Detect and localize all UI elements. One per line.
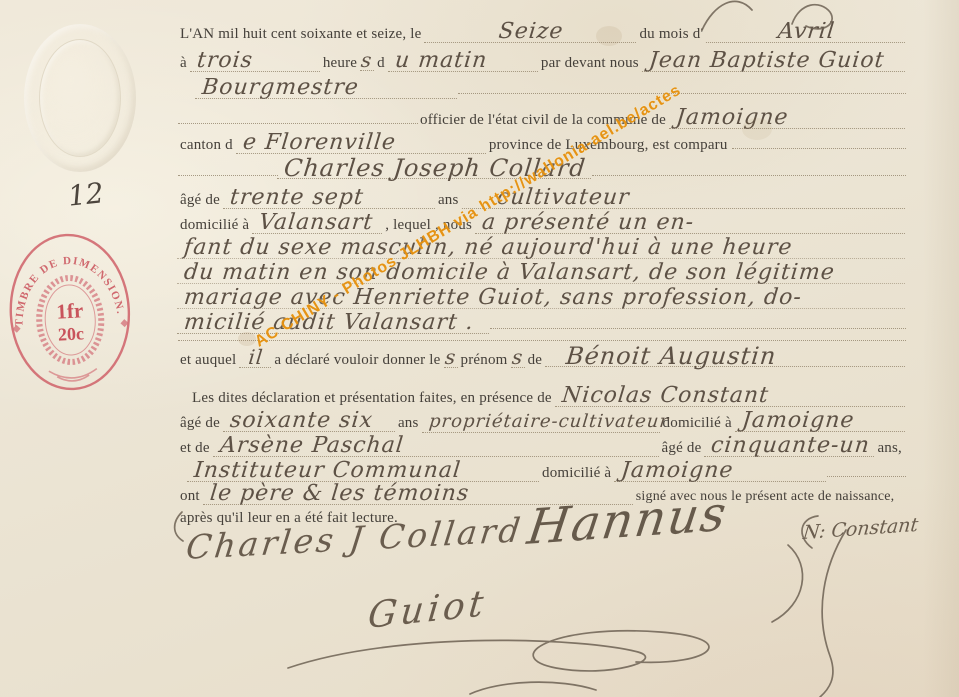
form-line: du matin en son domicile à Valansart, de… (178, 263, 906, 285)
form-line: fant du sexe masculin, né aujourd'hui à … (178, 238, 906, 260)
handwritten-witness1-age: soixante six (223, 411, 397, 432)
handwritten-letter: s (510, 347, 526, 368)
printed-text: L'AN mil huit cent soixante et seize, le (178, 24, 425, 44)
ruled-fill (732, 146, 906, 149)
handwritten-witness2-name: Arsène Paschal (213, 436, 661, 457)
ruled-fill (178, 173, 278, 176)
handwritten-letter: s (360, 50, 376, 71)
stamp-value-centimes: 20c (57, 323, 84, 344)
form-line: Les dites déclaration et présentation fa… (178, 386, 906, 408)
handwritten-hour: trois (190, 51, 322, 72)
handwritten-declaration: fant du sexe masculin, né aujourd'hui à … (177, 238, 907, 259)
handwritten-period: u matin (388, 51, 540, 72)
printed-text: heure (321, 53, 361, 73)
handwritten-declaration: du matin en son domicile à Valansart, de… (177, 263, 907, 284)
printed-text: domicilié à (178, 215, 253, 235)
handwritten-residence: Valansart (252, 213, 384, 234)
form-line: et auquel il a déclaré vouloir donner le… (178, 346, 906, 368)
printed-text: à (178, 53, 191, 73)
handwritten-canton: e Florenville (236, 133, 488, 154)
printed-text: âgé de (660, 438, 706, 458)
printed-text: ans (436, 190, 463, 210)
printed-text: et de (178, 438, 214, 458)
handwritten-month: Avril (706, 22, 907, 43)
handwritten-officer-name: Jean Baptiste Guiot (642, 51, 907, 72)
birth-act-document-page: 12 TIMBRE DE DIMENSION. 1fr 20c L'AN mil… (0, 0, 959, 697)
form-line: et de Arsène Paschal âgé de cinquante-un… (178, 436, 906, 458)
handwritten-officer-title: Bourgmestre (195, 78, 459, 99)
printed-text: et auquel (178, 350, 240, 370)
form-line: domicilié à Valansart , lequel , nous a … (178, 213, 906, 235)
ruled-fill (490, 326, 906, 329)
handwritten-witness2-age: cinquante-un (704, 436, 876, 457)
form-line: mariage avec Henriette Guiot, sans profe… (178, 288, 906, 310)
handwritten-day: Seize (424, 22, 638, 43)
handwritten-pronoun: il (239, 347, 273, 368)
handwritten-witness2-profession: Instituteur Communal (187, 461, 541, 482)
handwritten-age: trente sept (223, 188, 437, 209)
form-line: L'AN mil huit cent soixante et seize, le… (178, 22, 906, 44)
stamp-value-francs: 1fr (56, 298, 84, 323)
handwritten-profession: cultivateur (461, 188, 907, 209)
handwritten-declaration: micilié audit Valansart . (177, 313, 491, 334)
printed-text: Les dites déclaration et présentation fa… (178, 388, 556, 408)
ruled-fill (827, 474, 906, 477)
form-line: âgé de soixante six ans propriétaire-cul… (178, 411, 906, 433)
printed-text: d (375, 53, 389, 73)
embossed-seal (24, 24, 136, 172)
handwritten-witness1-profession: propriétaire-cultivateur (421, 412, 661, 433)
form-line: Instituteur Communal domicilié à Jamoign… (178, 461, 906, 483)
printed-text: du mois d' (637, 24, 707, 44)
form-line: canton d e Florenville province de Luxem… (178, 133, 906, 155)
signature-officer: Guiot (366, 583, 489, 637)
handwritten-child-names: Bénoit Augustin (545, 346, 907, 367)
form-line: à trois heure s d u matin par devant nou… (178, 50, 906, 72)
printed-text: âgé de (178, 190, 224, 210)
printed-text: prénom (459, 350, 512, 370)
revenue-stamp: TIMBRE DE DIMENSION. 1fr 20c (0, 225, 140, 407)
printed-text: canton d (178, 135, 237, 155)
printed-text: par devant nous (539, 53, 643, 73)
handwritten-declaration: a présenté un en- (475, 213, 907, 234)
handwritten-commune: Jamoigne (669, 108, 907, 129)
ruled-fill (592, 173, 906, 176)
handwritten-witness1-residence: Jamoigne (735, 411, 907, 432)
printed-text: de (526, 350, 547, 370)
form-line: officier de l'état civil de la commune d… (178, 108, 906, 130)
ruled-fill (178, 338, 906, 341)
printed-text: ont (178, 486, 204, 506)
handwritten-declaration: mariage avec Henriette Guiot, sans profe… (177, 288, 907, 309)
handwritten-letter: s (443, 347, 459, 368)
printed-text: âgé de (178, 413, 224, 433)
handwritten-witness1-name: Nicolas Constant (555, 386, 907, 407)
printed-text: ans (396, 413, 423, 433)
form-line: âgé de trente sept ans cultivateur (178, 188, 906, 210)
printed-text: ans, (875, 438, 906, 458)
ruled-fill (178, 121, 418, 124)
form-line: Bourgmestre (178, 78, 906, 100)
printed-text: a déclaré vouloir donner le (272, 350, 444, 370)
stamp-ribbon (49, 369, 98, 382)
handwritten-witness2-residence: Jamoigne (614, 461, 828, 482)
printed-text: domicilié à (540, 463, 615, 483)
printed-text: domicilié à (661, 413, 736, 433)
act-number: 12 (66, 176, 105, 213)
